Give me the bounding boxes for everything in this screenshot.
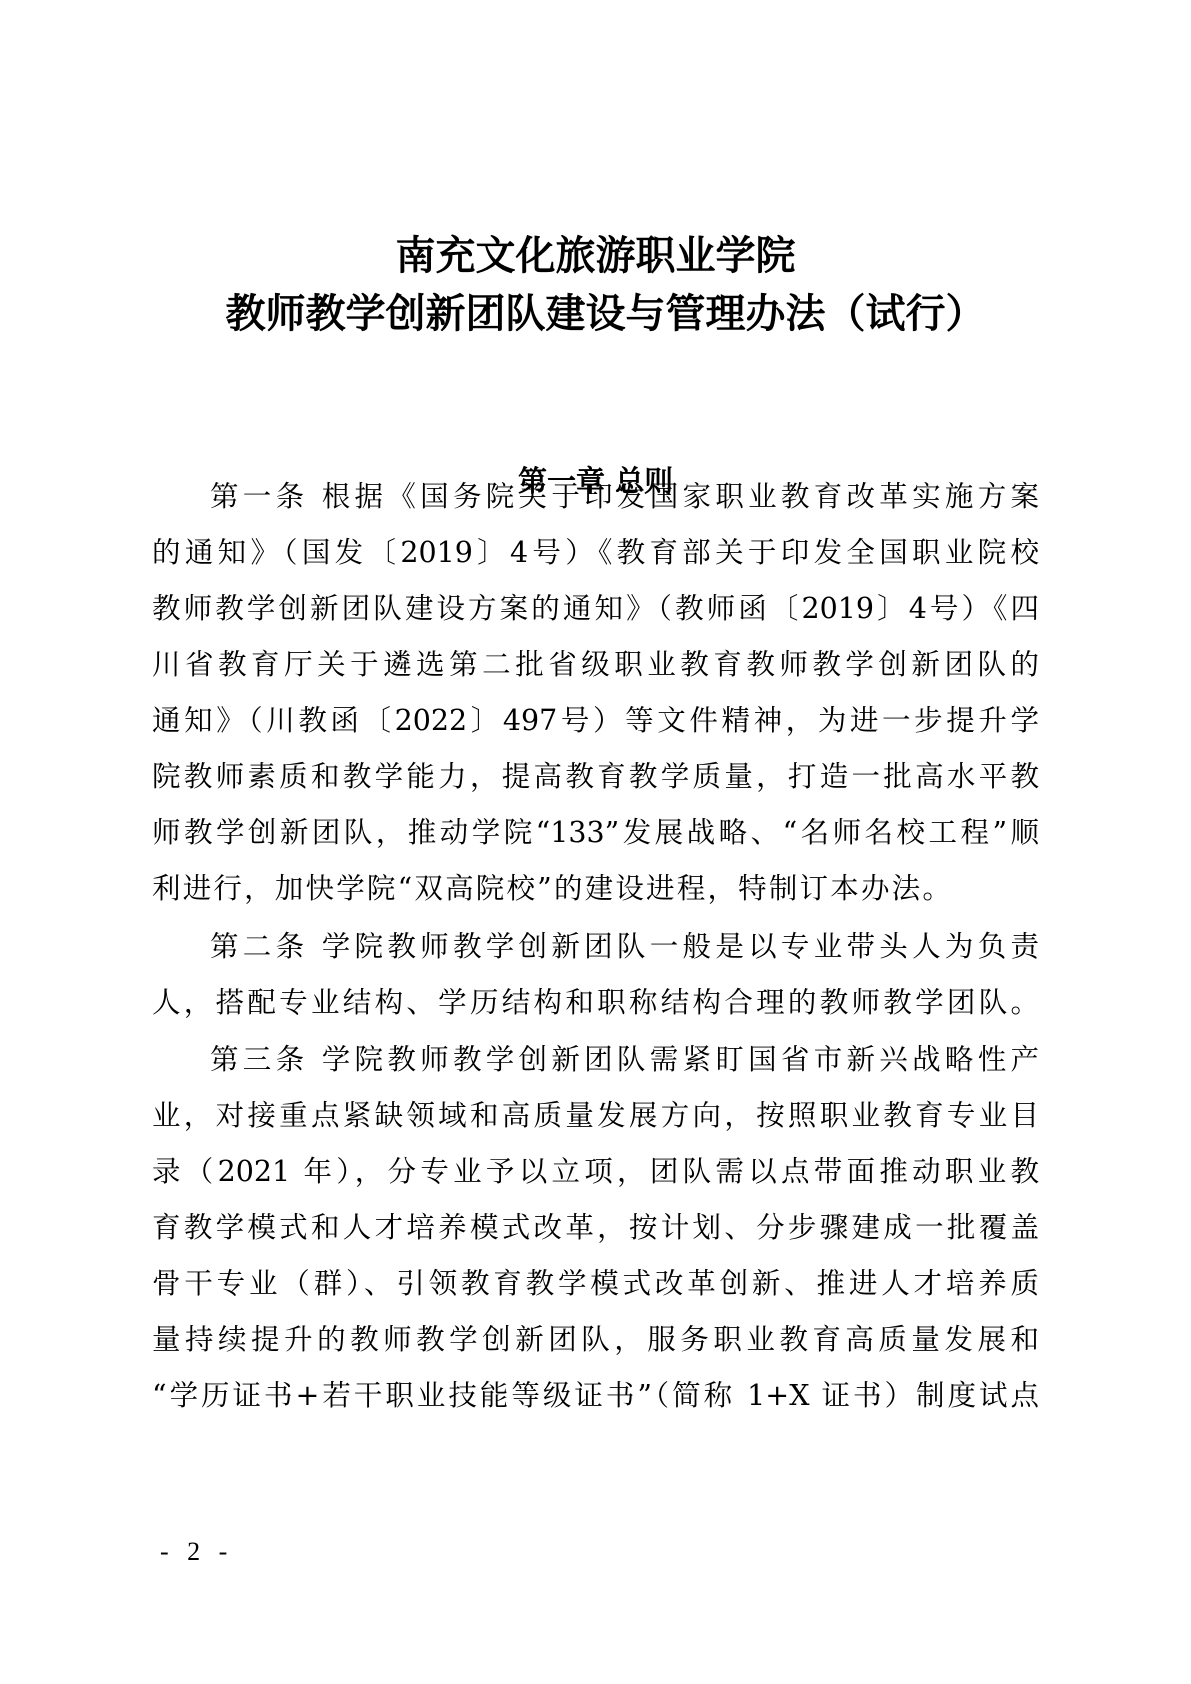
article-1-line-4: 川省教育厅关于遴选第二批省级职业教育教师教学创新团队的 (152, 647, 1039, 683)
article-1-line-5: 通知》（川教函〔2022〕497号）等文件精神，为进一步提升学 (152, 703, 1039, 739)
article-2-line-1: 第二条 学院教师教学创新团队一般是以专业带头人为负责 (210, 929, 1039, 965)
document-title-regulation: 教师教学创新团队建设与管理办法（试行） (10, 290, 1191, 338)
document-title-institution: 南充文化旅游职业学院 (0, 232, 1191, 280)
article-1-line-2: 的通知》（国发〔2019〕4号）《教育部关于印发全国职业院校 (152, 535, 1039, 571)
article-3-line-1: 第三条 学院教师教学创新团队需紧盯国省市新兴战略性产 (210, 1042, 1039, 1078)
page-number: - 2 - (160, 1537, 233, 1567)
article-2-line-2: 人，搭配专业结构、学历结构和职称结构合理的教师教学团队。 (152, 985, 1039, 1021)
article-3-line-5: 骨干专业（群）、引领教育教学模式改革创新、推进人才培养质 (152, 1266, 1039, 1302)
article-3-line-6: 量持续提升的教师教学创新团队，服务职业教育高质量发展和 (152, 1322, 1039, 1358)
article-3-line-7: “学历证书+若干职业技能等级证书”（简称 1+X 证书）制度试点 (152, 1378, 1039, 1414)
article-1-line-1: 第一条 根据《国务院关于印发国家职业教育改革实施方案 (210, 479, 1039, 515)
article-3-line-3: 录（2021 年），分专业予以立项，团队需以点带面推动职业教 (152, 1154, 1039, 1190)
article-1-line-7: 师教学创新团队，推动学院“133”发展战略、“名师名校工程”顺 (152, 815, 1039, 851)
article-3-line-2: 业，对接重点紧缺领域和高质量发展方向，按照职业教育专业目 (152, 1098, 1039, 1134)
article-1-line-6: 院教师素质和教学能力，提高教育教学质量，打造一批高水平教 (152, 759, 1039, 795)
article-1-line-3: 教师教学创新团队建设方案的通知》（教师函〔2019〕4号）《四 (152, 591, 1039, 627)
article-3-line-4: 育教学模式和人才培养模式改革，按计划、分步骤建成一批覆盖 (152, 1210, 1039, 1246)
document-page: 南充文化旅游职业学院 教师教学创新团队建设与管理办法（试行） 第一章 总则 第一… (0, 0, 1191, 1684)
article-1-line-8: 利进行，加快学院“双高院校”的建设进程，特制订本办法。 (152, 871, 1039, 907)
